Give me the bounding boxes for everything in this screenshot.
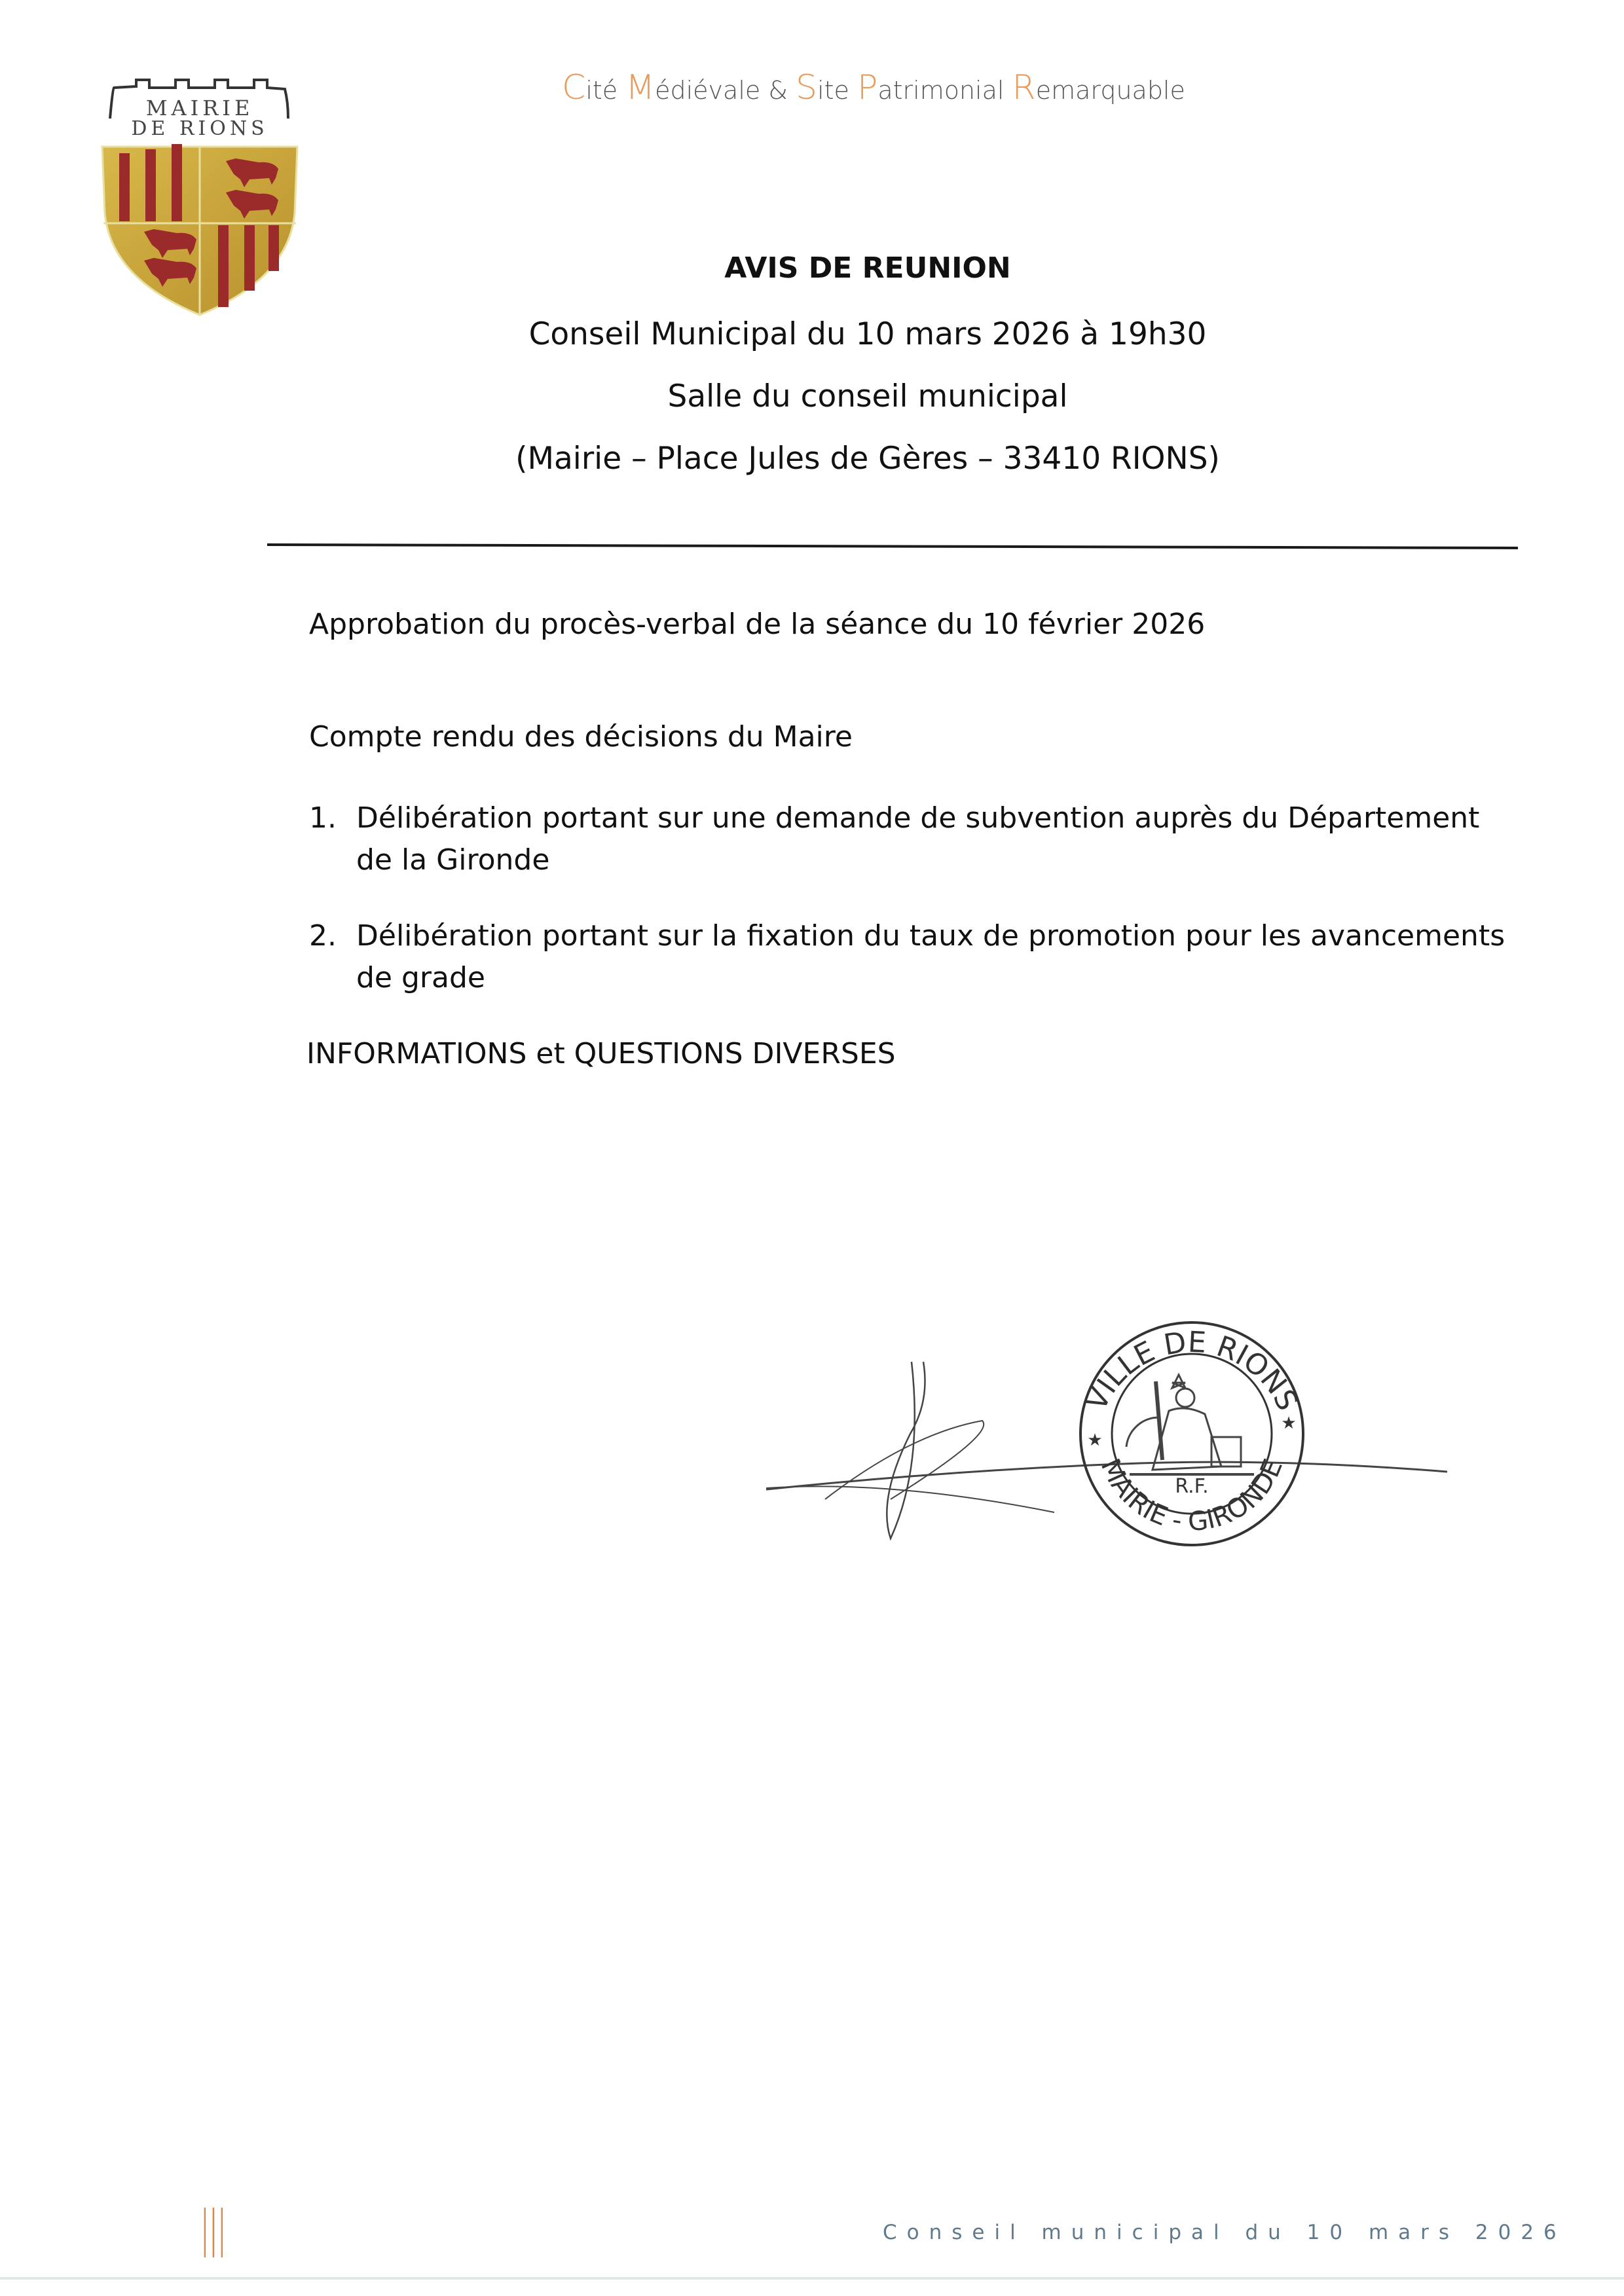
agenda-item-number: 1.	[309, 797, 355, 839]
agenda-item-number: 2.	[309, 915, 355, 957]
tagline-initial: C	[562, 68, 585, 107]
tagline-word: atrimonial	[877, 76, 1012, 105]
scan-edge	[0, 2277, 1624, 2280]
svg-text:★: ★	[1087, 1430, 1102, 1450]
agenda-closing: INFORMATIONS et QUESTIONS DIVERSES	[306, 1037, 896, 1070]
tagline-initial: M	[625, 68, 655, 107]
signature-and-stamp: VILLE DE RIONS MAIRIE - GIRONDE R.F. ★ ★	[760, 1303, 1480, 1565]
svg-text:VILLE DE RIONS: VILLE DE RIONS	[1079, 1326, 1304, 1416]
tagline-initial: P	[857, 68, 877, 107]
tagline-word: édiévale &	[655, 76, 796, 105]
notice-title: AVIS DE REUNION	[0, 251, 1624, 285]
city-tagline: Cité Médiévale & Site Patrimonial Remarq…	[562, 68, 1177, 107]
tricolor-bars-icon	[200, 2205, 226, 2257]
svg-text:R.F.: R.F.	[1175, 1475, 1208, 1498]
agenda-item: 2. Délibération portant sur la fixation …	[309, 915, 1521, 999]
agenda-mayor-report: Compte rendu des décisions du Maire	[309, 720, 853, 754]
tagline-word: ité	[585, 76, 625, 105]
svg-text:★: ★	[1281, 1413, 1296, 1433]
tagline-word: emarquable	[1036, 76, 1185, 105]
official-stamp-icon: VILLE DE RIONS MAIRIE - GIRONDE R.F. ★ ★	[760, 1303, 1480, 1565]
meeting-datetime: Conseil Municipal du 10 mars 2026 à 19h3…	[0, 316, 1624, 352]
footer-decoration	[200, 2205, 226, 2257]
footer-text: Conseil municipal du 10 mars 2026	[883, 2221, 1566, 2244]
tagline-word: ite	[817, 76, 857, 105]
tagline-initial: R	[1012, 68, 1036, 107]
agenda-item-text: Délibération portant sur la fixation du …	[356, 915, 1521, 999]
agenda-item: 1. Délibération portant sur une demande …	[309, 797, 1521, 881]
meeting-address: (Mairie – Place Jules de Gères – 33410 R…	[0, 441, 1624, 477]
agenda-approval: Approbation du procès-verbal de la séanc…	[309, 608, 1205, 641]
meeting-room: Salle du conseil municipal	[0, 378, 1624, 414]
divider	[267, 543, 1518, 549]
svg-text:DE RIONS: DE RIONS	[131, 117, 268, 140]
tagline-initial: S	[796, 68, 817, 107]
agenda-item-text: Délibération portant sur une demande de …	[356, 797, 1521, 881]
